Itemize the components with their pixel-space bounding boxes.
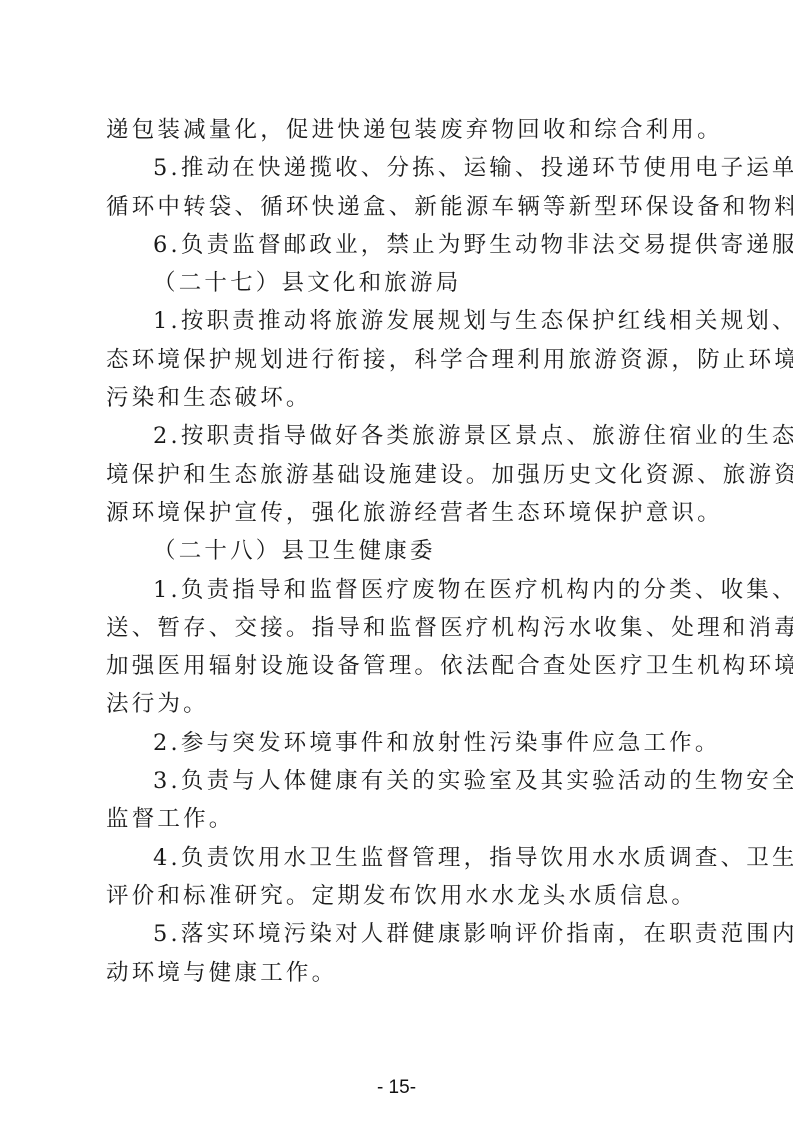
- paragraph-line: 污染和生态破坏。: [106, 379, 698, 417]
- paragraph-line: 境保护和生态旅游基础设施建设。加强历史文化资源、旅游资: [106, 456, 698, 494]
- paragraph-line: 1.负责指导和监督医疗废物在医疗机构内的分类、收集、运: [106, 571, 698, 609]
- document-body: 递包装减量化，促进快递包装废弃物回收和综合利用。 5.推动在快递揽收、分拣、运输…: [106, 111, 698, 992]
- paragraph-line: 2.按职责指导做好各类旅游景区景点、旅游住宿业的生态环: [106, 417, 698, 455]
- section-heading: （二十八）县卫生健康委: [106, 532, 698, 570]
- paragraph-line: 1.按职责推动将旅游发展规划与生态保护红线相关规划、生: [106, 302, 698, 340]
- paragraph-line: 递包装减量化，促进快递包装废弃物回收和综合利用。: [106, 111, 698, 149]
- paragraph-line: 动环境与健康工作。: [106, 954, 698, 992]
- paragraph-line: 源环境保护宣传，强化旅游经营者生态环境保护意识。: [106, 494, 698, 532]
- paragraph-line: 4.负责饮用水卫生监督管理，指导饮用水水质调查、卫生学: [106, 839, 698, 877]
- paragraph-line: 6.负责监督邮政业，禁止为野生动物非法交易提供寄递服务。: [106, 226, 698, 264]
- paragraph-line: 5.落实环境污染对人群健康影响评价指南，在职责范围内推: [106, 915, 698, 953]
- paragraph-line: 循环中转袋、循环快递盒、新能源车辆等新型环保设备和物料。: [106, 188, 698, 226]
- paragraph-line: 法行为。: [106, 685, 698, 723]
- page-number: - 15-: [0, 1077, 793, 1099]
- paragraph-line: 送、暂存、交接。指导和监督医疗机构污水收集、处理和消毒。: [106, 609, 698, 647]
- document-page: 递包装减量化，促进快递包装废弃物回收和综合利用。 5.推动在快递揽收、分拣、运输…: [0, 0, 793, 1122]
- paragraph-line: 3.负责与人体健康有关的实验室及其实验活动的生物安全: [106, 762, 698, 800]
- paragraph-line: 评价和标准研究。定期发布饮用水水龙头水质信息。: [106, 877, 698, 915]
- paragraph-line: 监督工作。: [106, 800, 698, 838]
- paragraph-line: 2.参与突发环境事件和放射性污染事件应急工作。: [106, 724, 698, 762]
- paragraph-line: 态环境保护规划进行衔接，科学合理利用旅游资源，防止环境: [106, 341, 698, 379]
- section-heading: （二十七）县文化和旅游局: [106, 264, 698, 302]
- paragraph-line: 5.推动在快递揽收、分拣、运输、投递环节使用电子运单、: [106, 149, 698, 187]
- paragraph-line: 加强医用辐射设施设备管理。依法配合查处医疗卫生机构环境违: [106, 647, 698, 685]
